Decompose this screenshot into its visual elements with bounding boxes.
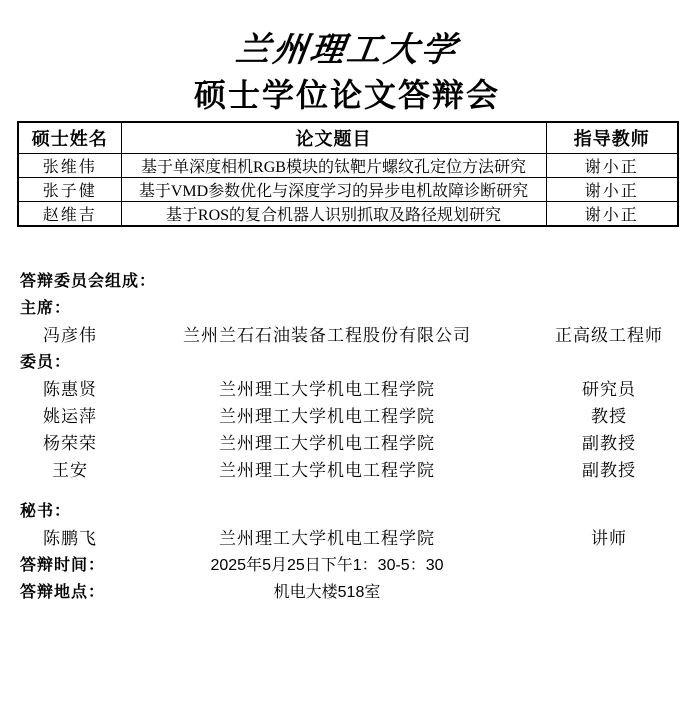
chair-row: 冯彦伟 兰州兰石石油装备工程股份有限公司 正高级工程师 xyxy=(20,322,684,349)
secretary-name: 陈鹏飞 xyxy=(20,525,120,552)
members-label: 委员： xyxy=(20,349,684,376)
col-header-thesis-title: 论文题目 xyxy=(121,122,546,153)
thesis-table: 硕士姓名 论文题目 指导教师 张维伟 基于单深度相机RGB模块的钛靶片螺纹孔定位… xyxy=(17,121,679,227)
student-name: 张子健 xyxy=(18,177,121,201)
defense-location-value: 机电大楼518室 xyxy=(120,579,534,606)
table-row: 张子健 基于VMD参数优化与深度学习的异步电机故障诊断研究 谢小正 xyxy=(18,177,678,201)
secretary-label: 秘书： xyxy=(20,498,684,525)
chair-label: 主席： xyxy=(20,295,684,322)
members-label-row: 委员： xyxy=(20,349,684,376)
member-title: 副教授 xyxy=(534,430,684,457)
section-spacer xyxy=(20,484,684,498)
defense-time-value: 2025年5月25日下午1：30-5：30 xyxy=(120,552,534,579)
advisor-name: 谢小正 xyxy=(546,177,678,201)
chair-affiliation: 兰州兰石石油装备工程股份有限公司 xyxy=(120,322,534,349)
secretary-title: 讲师 xyxy=(534,525,684,552)
committee-section: 答辩委员会组成： 主席： 冯彦伟 兰州兰石石油装备工程股份有限公司 正高级工程师… xyxy=(20,268,684,606)
committee-section-title: 答辩委员会组成： xyxy=(20,268,684,295)
member-row: 王安 兰州理工大学机电工程学院 副教授 xyxy=(20,457,684,484)
defense-location-row: 答辩地点： 机电大楼518室 xyxy=(20,579,684,606)
defense-time-row: 答辩时间： 2025年5月25日下午1：30-5：30 xyxy=(20,552,684,579)
member-row: 陈惠贤 兰州理工大学机电工程学院 研究员 xyxy=(20,376,684,403)
defense-location-label: 答辩地点： xyxy=(20,579,120,606)
chair-name: 冯彦伟 xyxy=(20,322,120,349)
defense-time-label: 答辩时间： xyxy=(20,552,120,579)
secretary-row: 陈鹏飞 兰州理工大学机电工程学院 讲师 xyxy=(20,525,684,552)
secretary-label-row: 秘书： xyxy=(20,498,684,525)
student-name: 张维伟 xyxy=(18,153,121,177)
member-affiliation: 兰州理工大学机电工程学院 xyxy=(120,457,534,484)
table-row: 张维伟 基于单深度相机RGB模块的钛靶片螺纹孔定位方法研究 谢小正 xyxy=(18,153,678,177)
member-title: 研究员 xyxy=(534,376,684,403)
member-affiliation: 兰州理工大学机电工程学院 xyxy=(120,403,534,430)
committee-section-title-row: 答辩委员会组成： xyxy=(20,268,684,295)
member-affiliation: 兰州理工大学机电工程学院 xyxy=(120,430,534,457)
col-header-student-name: 硕士姓名 xyxy=(18,122,121,153)
thesis-title: 基于单深度相机RGB模块的钛靶片螺纹孔定位方法研究 xyxy=(121,153,546,177)
member-name: 王安 xyxy=(20,457,120,484)
student-name: 赵维吉 xyxy=(18,201,121,226)
chair-title: 正高级工程师 xyxy=(534,322,684,349)
advisor-name: 谢小正 xyxy=(546,201,678,226)
member-row: 杨荣荣 兰州理工大学机电工程学院 副教授 xyxy=(20,430,684,457)
member-name: 杨荣荣 xyxy=(20,430,120,457)
table-row: 赵维吉 基于ROS的复合机器人识别抓取及路径规划研究 谢小正 xyxy=(18,201,678,226)
member-name: 姚运萍 xyxy=(20,403,120,430)
thesis-table-header-row: 硕士姓名 论文题目 指导教师 xyxy=(18,122,678,153)
advisor-name: 谢小正 xyxy=(546,153,678,177)
university-logo-calligraphy: 兰州理工大学 xyxy=(0,28,694,74)
chair-label-row: 主席： xyxy=(20,295,684,322)
secretary-affiliation: 兰州理工大学机电工程学院 xyxy=(120,525,534,552)
member-affiliation: 兰州理工大学机电工程学院 xyxy=(120,376,534,403)
member-title: 教授 xyxy=(534,403,684,430)
member-row: 姚运萍 兰州理工大学机电工程学院 教授 xyxy=(20,403,684,430)
thesis-title: 基于VMD参数优化与深度学习的异步电机故障诊断研究 xyxy=(121,177,546,201)
defense-announcement-document: 兰州理工大学 硕士学位论文答辩会 硕士姓名 论文题目 指导教师 张维伟 基于单深… xyxy=(0,0,694,704)
member-name: 陈惠贤 xyxy=(20,376,120,403)
col-header-advisor: 指导教师 xyxy=(546,122,678,153)
thesis-title: 基于ROS的复合机器人识别抓取及路径规划研究 xyxy=(121,201,546,226)
member-title: 副教授 xyxy=(534,457,684,484)
page-title: 硕士学位论文答辩会 xyxy=(0,78,694,112)
